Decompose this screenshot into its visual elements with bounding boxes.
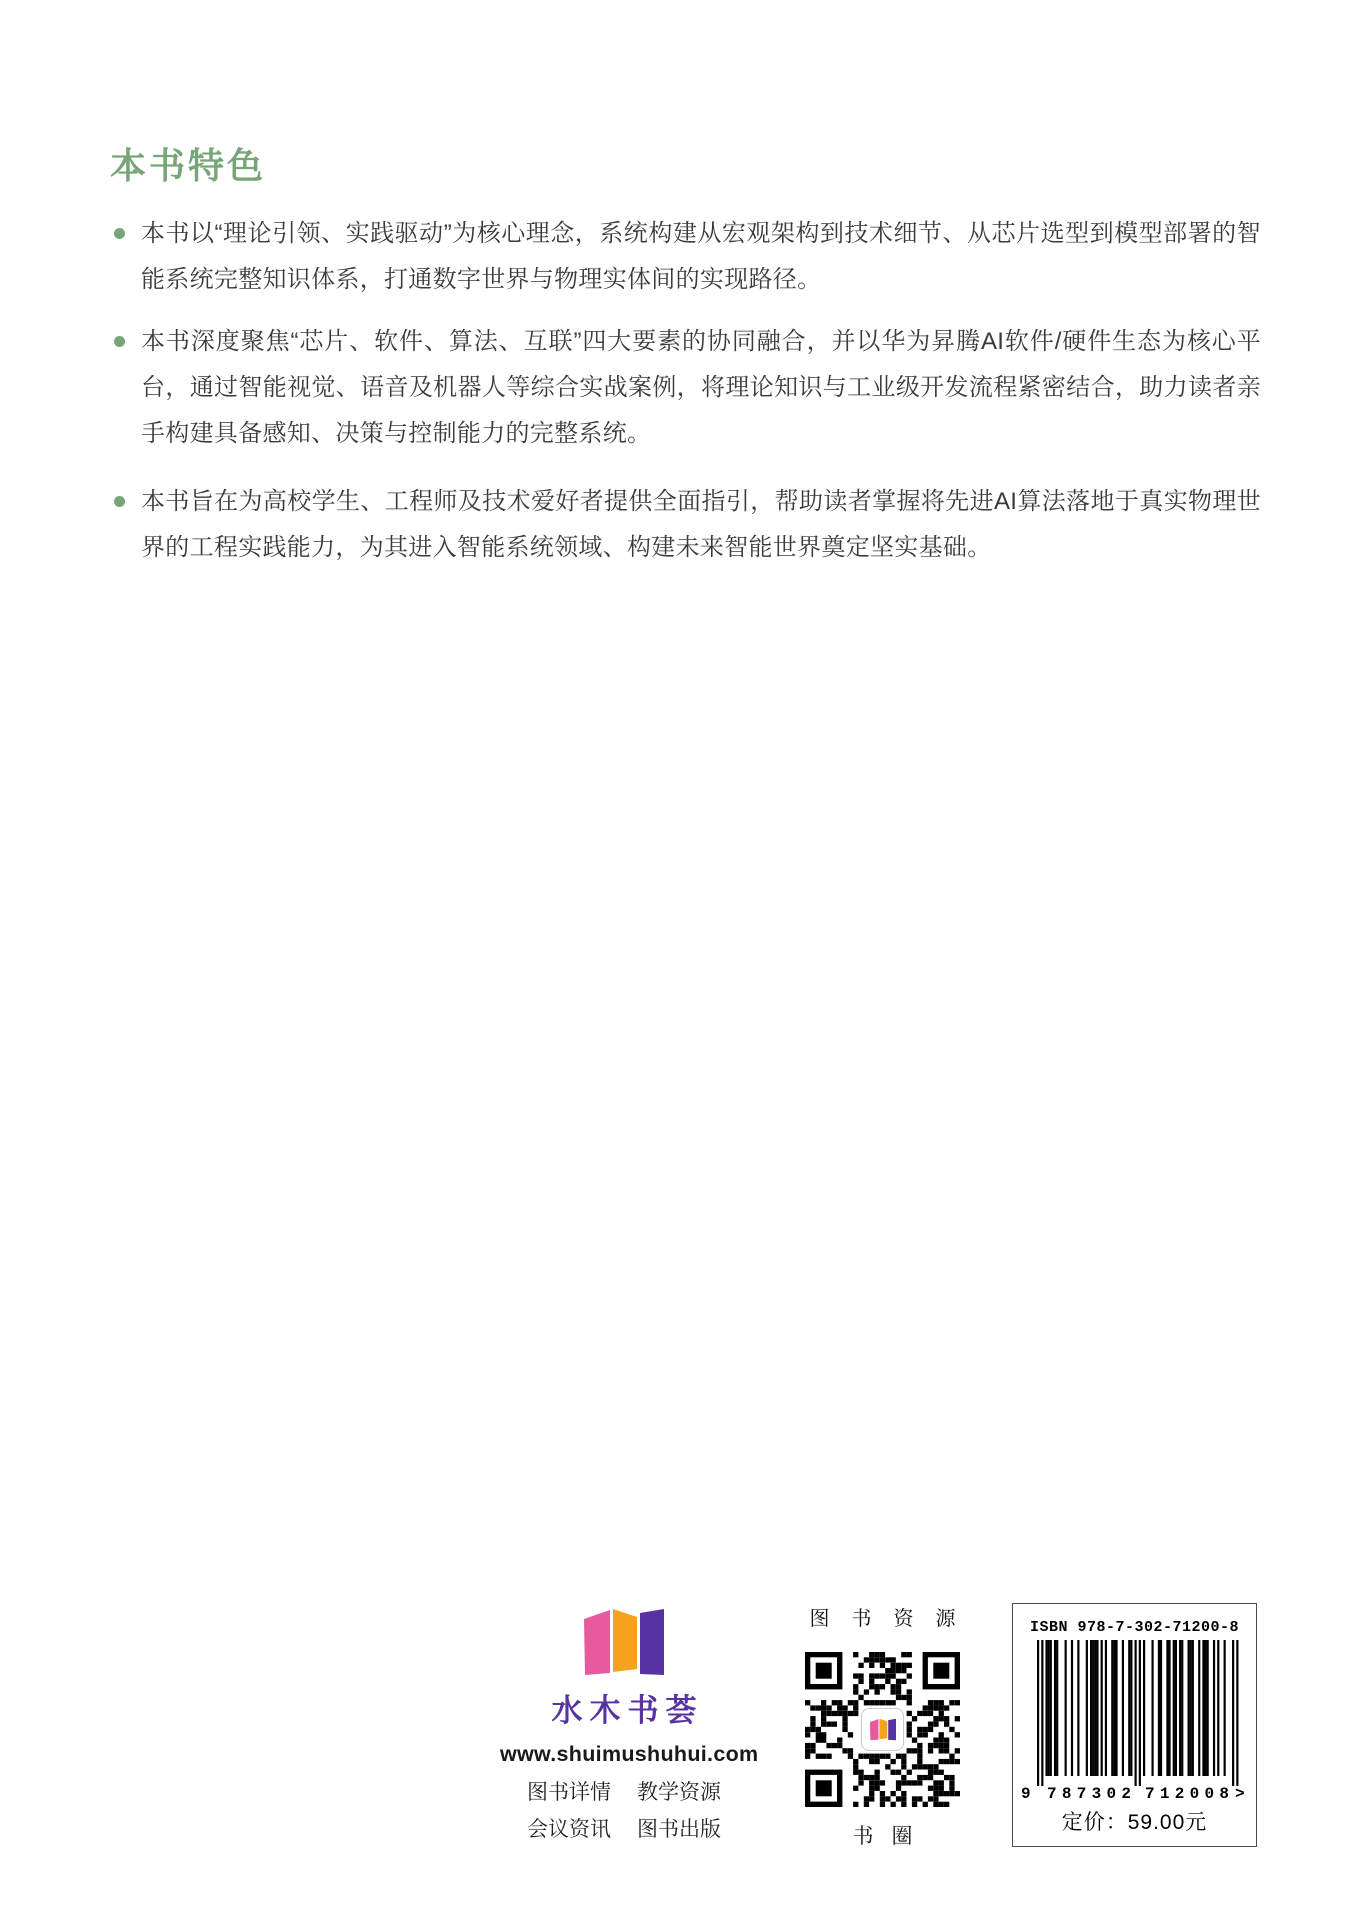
isbn-label: ISBN 978-7-302-71200-8: [1013, 1618, 1256, 1638]
svg-text:9: 9: [1021, 1785, 1031, 1802]
brand-links-row: 图书详情 教学资源: [500, 1776, 748, 1806]
qr-block: 图书资源 书圈: [805, 1602, 960, 1852]
svg-text:787302: 787302: [1047, 1785, 1131, 1802]
qr-center-logo-badge: [861, 1708, 904, 1751]
feature-item: 本书深度聚焦“芯片、软件、算法、互联”四大要素的协同融合，并以华为昇腾AI软件/…: [112, 319, 1261, 457]
brand-link: 图书详情: [527, 1776, 611, 1806]
publisher-brand: 水木书荟 www.shuimushuhui.com 图书详情 教学资源 会议资讯…: [500, 1605, 748, 1730]
shuimushuhui-book-logo-icon: [584, 1607, 664, 1677]
qr-title: 图书资源: [810, 1602, 978, 1631]
isbn-box: ISBN 978-7-302-71200-8 9787302712008> 定价…: [1012, 1603, 1257, 1847]
ean13-barcode: 9787302712008>: [1019, 1640, 1251, 1802]
feature-text: 本书深度聚焦“芯片、软件、算法、互联”四大要素的协同融合，并以华为昇腾AI软件/…: [141, 319, 1261, 457]
book-back-cover: 本书特色 本书以“理论引领、实践驱动”为核心理念，系统构建从宏观架构到技术细节、…: [0, 0, 1366, 1920]
svg-text:>: >: [1235, 1785, 1245, 1802]
brand-url: www.shuimushuhui.com: [500, 1742, 748, 1767]
feature-item: 本书以“理论引领、实践驱动”为核心理念，系统构建从宏观架构到技术细节、从芯片选型…: [112, 211, 1261, 303]
bullet-dot-icon: [114, 336, 125, 347]
price-label: 定价：59.00元: [1013, 1806, 1256, 1836]
brand-link: 图书出版: [637, 1813, 721, 1843]
brand-links-row: 会议资讯 图书出版: [500, 1813, 748, 1843]
feature-item: 本书旨在为高校学生、工程师及技术爱好者提供全面指引，帮助读者掌握将先进AI算法落…: [112, 479, 1261, 571]
bullet-dot-icon: [114, 228, 125, 239]
brand-link: 教学资源: [637, 1776, 721, 1806]
feature-text: 本书以“理论引领、实践驱动”为核心理念，系统构建从宏观架构到技术细节、从芯片选型…: [141, 211, 1261, 303]
qr-caption: 书圈: [853, 1820, 931, 1850]
svg-text:712008: 712008: [1145, 1785, 1229, 1802]
brand-link: 会议资讯: [527, 1813, 611, 1843]
shuimushuhui-book-logo-icon: [870, 1718, 896, 1741]
feature-text: 本书旨在为高校学生、工程师及技术爱好者提供全面指引，帮助读者掌握将先进AI算法落…: [141, 479, 1261, 571]
brand-name: 水木书荟: [500, 1685, 748, 1730]
bullet-dot-icon: [114, 496, 125, 507]
page-title: 本书特色: [110, 138, 266, 189]
